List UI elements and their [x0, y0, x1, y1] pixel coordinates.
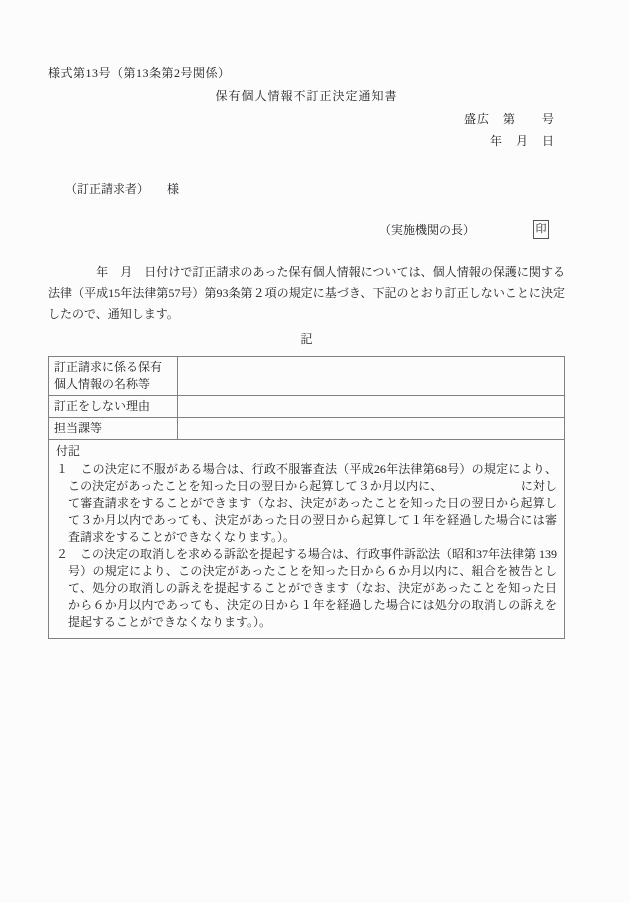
info-table: 訂正請求に係る保有 個人情報の名称等 訂正をしない理由 担当課等 付記 １ この…: [48, 356, 565, 639]
row-label-personal-info-name: 訂正請求に係る保有 個人情報の名称等: [49, 357, 178, 396]
table-row: 付記 １ この決定に不服がある場合は、行政不服審査法（平成26年法律第68号）の…: [49, 440, 565, 639]
row-value-personal-info-name: [178, 357, 565, 396]
row-label-responsible-division: 担当課等: [49, 418, 178, 440]
note-item-lawsuit: ２ この決定の取消しを求める訴訟を提起する場合は、行政事件訴訟法（昭和37年法律…: [68, 546, 557, 631]
document-page: 様式第13号（第13条第2号関係） 保有個人情報不訂正決定通知書 盛広 第 号 …: [0, 0, 630, 903]
seal-box: 印: [533, 220, 549, 239]
document-number-line: 盛広 第 号: [48, 110, 555, 127]
table-row: 訂正請求に係る保有 個人情報の名称等: [49, 357, 565, 396]
row-value-reason-not-correct: [178, 396, 565, 418]
body-paragraph: 年 月 日付けで訂正請求のあった保有個人情報については、個人情報の保護に関する法…: [48, 262, 565, 325]
notes-cell: 付記 １ この決定に不服がある場合は、行政不服審査法（平成26年法律第68号）の…: [49, 440, 565, 639]
document-title: 保有個人情報不訂正決定通知書: [48, 87, 565, 104]
record-marker: 記: [48, 330, 565, 347]
row-value-responsible-division: [178, 418, 565, 440]
addressee-line: （訂正請求者） 様: [65, 180, 179, 197]
note-item-appeal: １ この決定に不服がある場合は、行政不服審査法（平成26年法律第68号）の規定に…: [68, 461, 557, 546]
notes-heading: 付記: [56, 442, 557, 461]
table-row: 担当課等: [49, 418, 565, 440]
table-row: 訂正をしない理由: [49, 396, 565, 418]
form-number-label: 様式第13号（第13条第2号関係）: [48, 64, 231, 81]
issuer-label: （実施機関の長）: [379, 221, 475, 238]
issuer-row: （実施機関の長） 印: [48, 220, 549, 239]
seal-label: 印: [536, 224, 547, 235]
date-line: 年 月 日: [48, 132, 555, 149]
row-label-reason-not-correct: 訂正をしない理由: [49, 396, 178, 418]
